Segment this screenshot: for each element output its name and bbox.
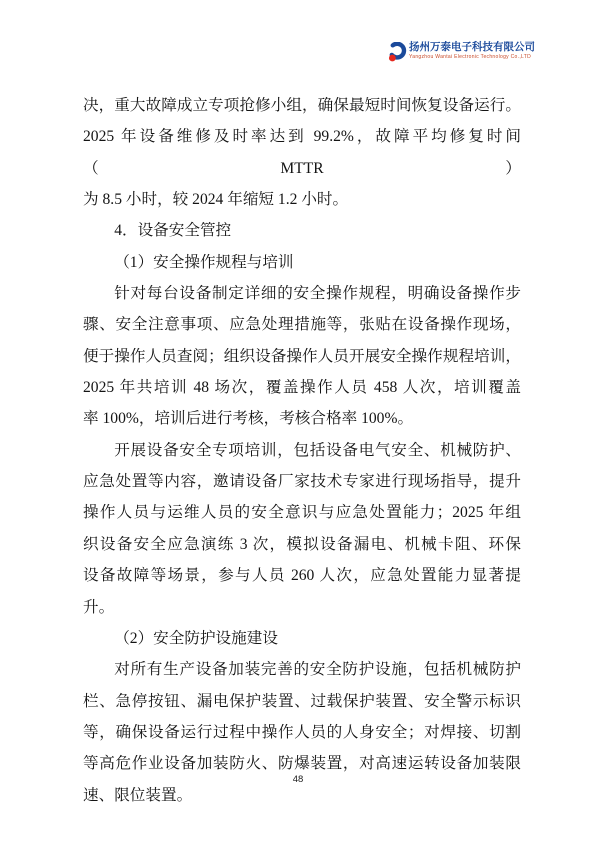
- body-line: 骤、安全注意事项、应急处理措施等，张贴在设备操作现场，: [83, 309, 521, 340]
- page-number: 48: [0, 774, 596, 785]
- body-line: 2025 年共培训 48 场次，覆盖操作人员 458 人次，培训覆盖: [83, 372, 521, 403]
- company-logo: 扬州万泰电子科技有限公司 Yangzhou Wantai Electronic …: [388, 41, 535, 63]
- body-line: 等，确保设备运行过程中操作人员的人身安全；对焊接、切割: [83, 717, 521, 748]
- body-line: 便于操作人员查阅；组织设备操作人员开展安全操作规程培训，: [83, 341, 521, 372]
- company-logo-icon: [388, 42, 407, 63]
- body-line: 织设备安全应急演练 3 次，模拟设备漏电、机械卡阻、环保: [83, 529, 521, 560]
- body-line: 操作人员与运维人员的安全意识与应急处置能力；2025 年组: [83, 497, 521, 528]
- body-line: 针对每台设备制定详细的安全操作规程，明确设备操作步: [83, 278, 521, 309]
- subsection-heading: （2）安全防护设施建设: [83, 623, 521, 654]
- body-line: 栏、急停按钮、漏电保护装置、过载保护装置、安全警示标识: [83, 686, 521, 717]
- subsection-heading: （1）安全操作规程与培训: [83, 247, 521, 278]
- body-line: 2025 年设备维修及时率达到 99.2%，故障平均修复时间（MTTR）: [83, 121, 521, 184]
- company-name-en: Yangzhou Wantai Electronic Technology Co…: [409, 54, 535, 61]
- body-line: 应急处置等内容，邀请设备厂家技术专家进行现场指导，提升: [83, 466, 521, 497]
- body-line: 升。: [83, 592, 521, 623]
- body-line: 率 100%，培训后进行考核，考核合格率 100%。: [83, 403, 521, 434]
- document-page: 扬州万泰电子科技有限公司 Yangzhou Wantai Electronic …: [0, 0, 596, 842]
- body-line: 决，重大故障成立专项抢修小组，确保最短时间恢复设备运行。: [83, 90, 521, 121]
- body-line: 开展设备安全专项培训，包括设备电气安全、机械防护、: [83, 435, 521, 466]
- body-line: 设备故障等场景，参与人员 260 人次，应急处置能力显著提: [83, 560, 521, 591]
- company-name-zh: 扬州万泰电子科技有限公司: [409, 41, 535, 54]
- document-body: 决，重大故障成立专项抢修小组，确保最短时间恢复设备运行。 2025 年设备维修及…: [83, 90, 521, 811]
- body-line: 为 8.5 小时，较 2024 年缩短 1.2 小时。: [83, 184, 521, 215]
- section-heading: 4．设备安全管控: [83, 215, 521, 246]
- company-logo-text: 扬州万泰电子科技有限公司 Yangzhou Wantai Electronic …: [409, 41, 535, 61]
- body-line: 对所有生产设备加装完善的安全防护设施，包括机械防护: [83, 654, 521, 685]
